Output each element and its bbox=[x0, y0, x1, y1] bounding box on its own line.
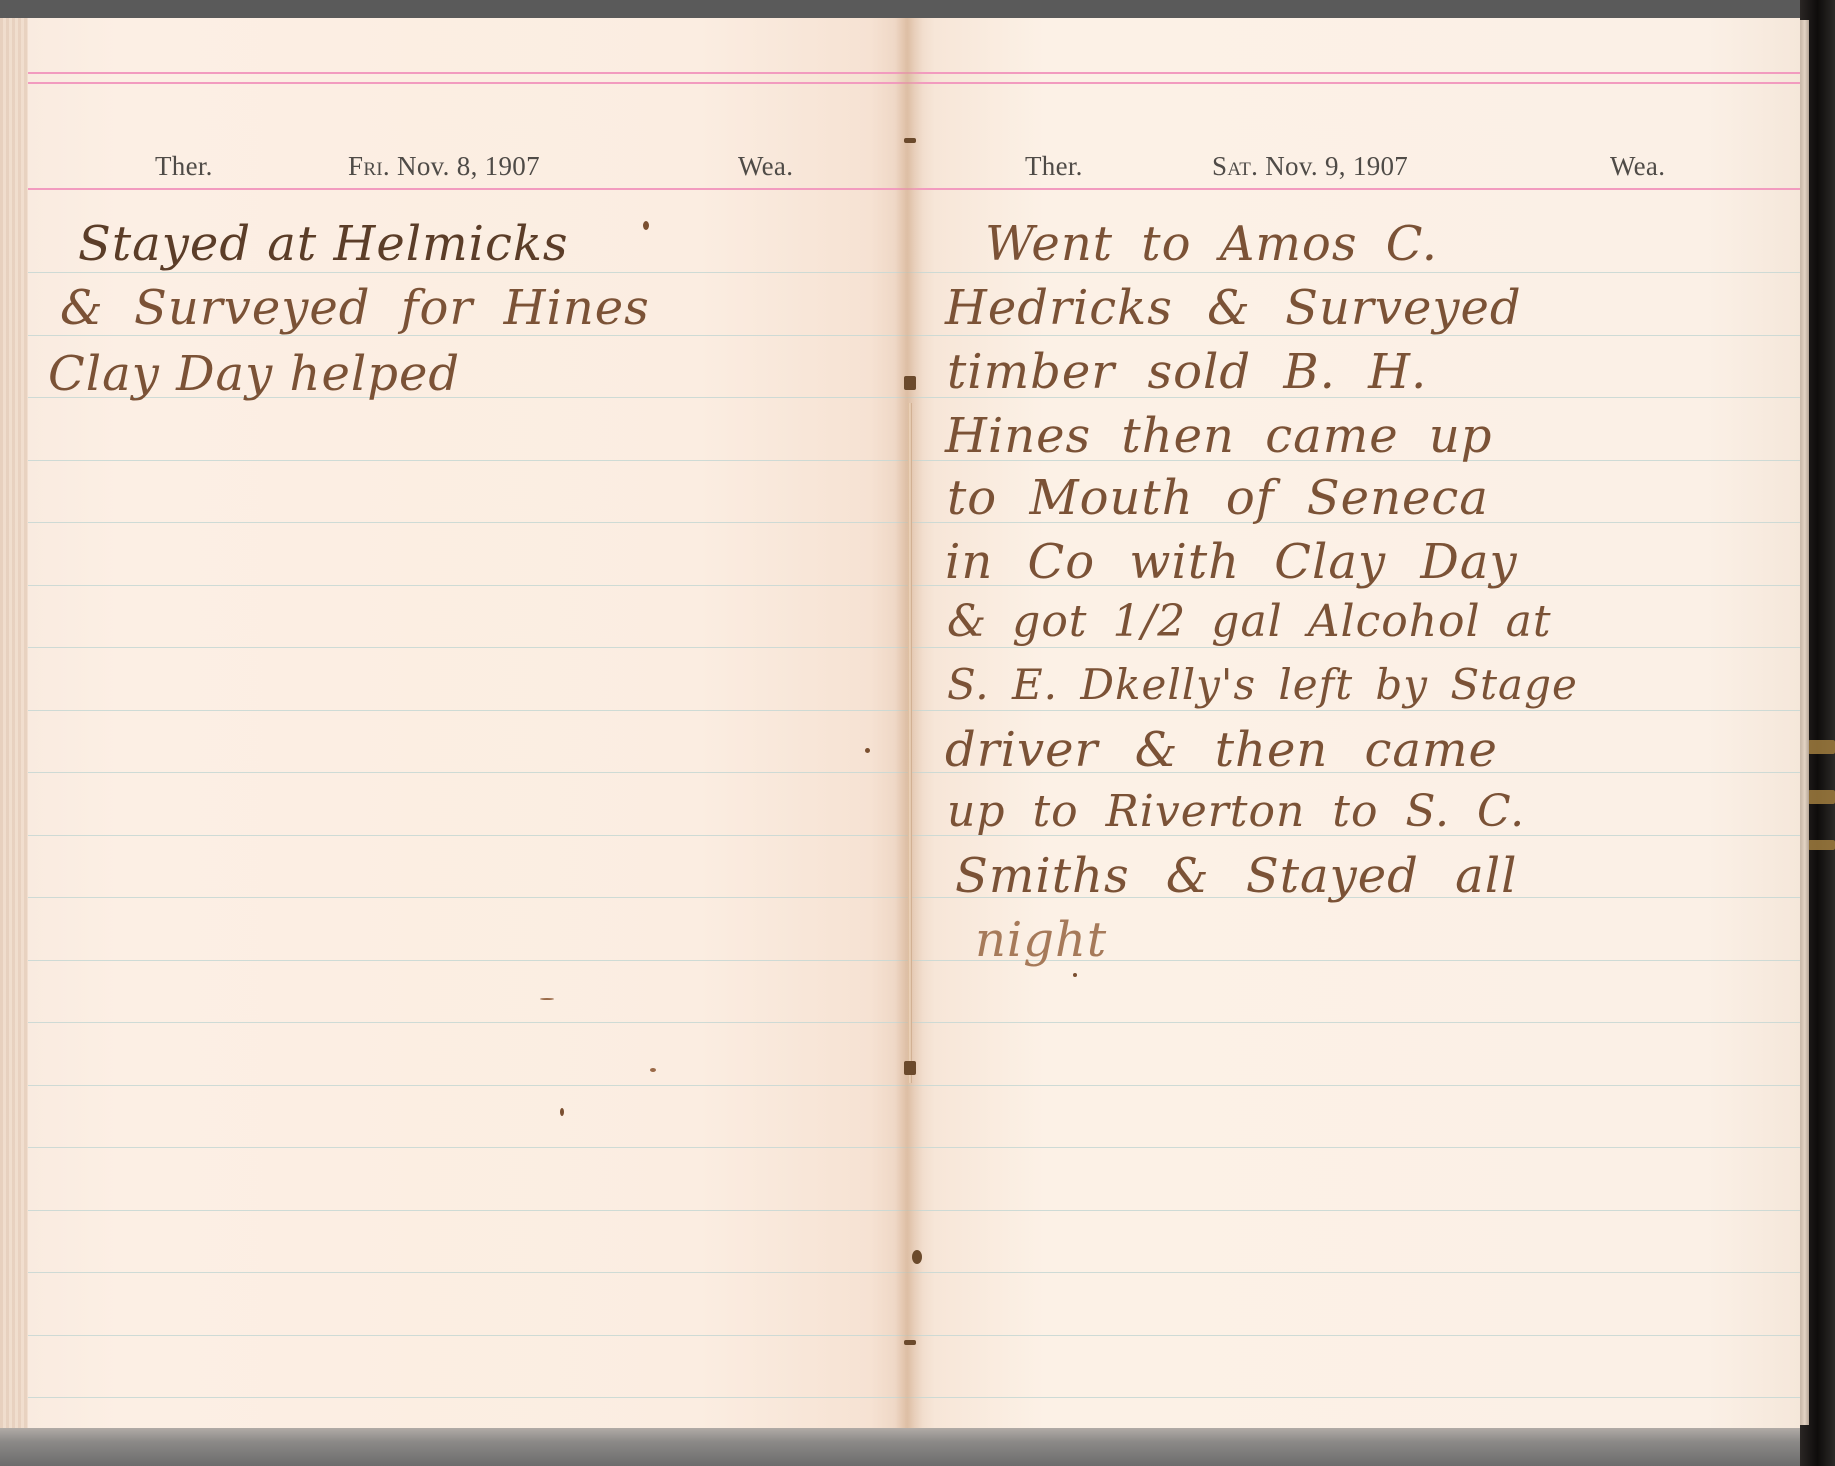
header-rule-bottom bbox=[905, 188, 1800, 190]
ruled-line bbox=[28, 1147, 905, 1148]
ruled-line bbox=[28, 1272, 905, 1273]
ruled-line bbox=[28, 1210, 905, 1211]
binding-thread bbox=[908, 403, 912, 1083]
diary-spread: Ther. Fri. Nov. 8, 1907 Wea. Stayed at H… bbox=[0, 18, 1800, 1428]
ruled-line bbox=[905, 1147, 1800, 1148]
entry-line: in Co with Clay Day bbox=[945, 534, 1518, 590]
table-surface-bottom bbox=[0, 1425, 1835, 1466]
ink-speck bbox=[643, 221, 649, 230]
date-heading: Sat. Nov. 9, 1907 bbox=[1212, 151, 1408, 182]
binding-stitch bbox=[912, 1250, 922, 1264]
ruled-line bbox=[905, 647, 1800, 648]
ruled-line bbox=[905, 710, 1800, 711]
ruled-line bbox=[28, 460, 905, 461]
ruled-line bbox=[28, 1397, 905, 1398]
ruled-line bbox=[28, 960, 905, 961]
header-rule-top-second bbox=[905, 82, 1800, 84]
binding-stitch bbox=[904, 138, 916, 143]
entry-line: S. E. Dkelly's left by Stage bbox=[947, 660, 1578, 709]
binding-stitch bbox=[904, 376, 916, 390]
entry-line: & Surveyed for Hines bbox=[60, 280, 650, 336]
entry-line: Hines then came up bbox=[945, 408, 1493, 464]
date: Nov. 8, 1907 bbox=[397, 151, 540, 181]
header-rule-top-second bbox=[28, 82, 905, 84]
ruled-line bbox=[905, 1210, 1800, 1211]
date: Nov. 9, 1907 bbox=[1265, 151, 1408, 181]
ruled-line bbox=[28, 1085, 905, 1086]
entry-line: timber sold B. H. bbox=[947, 344, 1427, 400]
ink-speck bbox=[650, 1068, 656, 1072]
entry-line: Hedricks & Surveyed bbox=[945, 280, 1522, 336]
entry-line: up to Riverton to S. C. bbox=[947, 786, 1525, 837]
day-of-week: Fri. bbox=[348, 151, 390, 181]
ruled-line bbox=[28, 1335, 905, 1336]
day-of-week: Sat. bbox=[1212, 151, 1258, 181]
header-rule-bottom bbox=[28, 188, 905, 190]
header-rule-top bbox=[905, 72, 1800, 74]
ink-speck bbox=[540, 998, 554, 1000]
ther-label: Ther. bbox=[1025, 151, 1083, 182]
ruled-line bbox=[28, 1022, 905, 1023]
ruled-line bbox=[905, 1022, 1800, 1023]
ink-speck bbox=[560, 1108, 564, 1116]
ink-speck bbox=[865, 748, 870, 753]
wea-label: Wea. bbox=[738, 151, 793, 182]
ruled-line bbox=[28, 647, 905, 648]
wea-label: Wea. bbox=[1610, 151, 1665, 182]
entry-line: Clay Day helped bbox=[48, 346, 460, 402]
cover-gilt-ornament bbox=[1808, 790, 1835, 804]
ruled-line bbox=[28, 897, 905, 898]
entry-line: driver & then came bbox=[945, 722, 1498, 778]
left-page: Ther. Fri. Nov. 8, 1907 Wea. Stayed at H… bbox=[0, 18, 905, 1428]
cover-gilt-ornament bbox=[1808, 740, 1835, 754]
ruled-line bbox=[28, 710, 905, 711]
date-heading: Fri. Nov. 8, 1907 bbox=[348, 151, 540, 182]
ruled-line bbox=[28, 835, 905, 836]
binding-stitch bbox=[904, 1061, 916, 1075]
ruled-line bbox=[28, 585, 905, 586]
entry-line: to Mouth of Seneca bbox=[947, 470, 1489, 526]
ruled-line bbox=[905, 1335, 1800, 1336]
cover-gilt-ornament bbox=[1808, 840, 1835, 850]
ther-label: Ther. bbox=[155, 151, 213, 182]
ruled-line bbox=[905, 1272, 1800, 1273]
ruled-line bbox=[905, 1085, 1800, 1086]
entry-line: & got 1/2 gal Alcohol at bbox=[947, 596, 1552, 647]
left-page-edge-stack bbox=[0, 18, 28, 1428]
ruled-line bbox=[28, 522, 905, 523]
ruled-line bbox=[28, 272, 905, 273]
entry-line: Went to Amos C. bbox=[985, 216, 1438, 272]
ruled-line bbox=[905, 1397, 1800, 1398]
header-rule-top bbox=[28, 72, 905, 74]
entry-line: Smiths & Stayed all bbox=[955, 848, 1517, 904]
ink-speck bbox=[1073, 973, 1077, 977]
binding-stitch bbox=[904, 1340, 916, 1345]
ruled-line bbox=[28, 772, 905, 773]
entry-line: Stayed at Helmicks bbox=[78, 216, 569, 272]
right-page: Ther. Sat. Nov. 9, 1907 Wea. Went to Amo… bbox=[905, 18, 1800, 1428]
entry-line: night bbox=[975, 912, 1107, 968]
ruled-line bbox=[905, 272, 1800, 273]
